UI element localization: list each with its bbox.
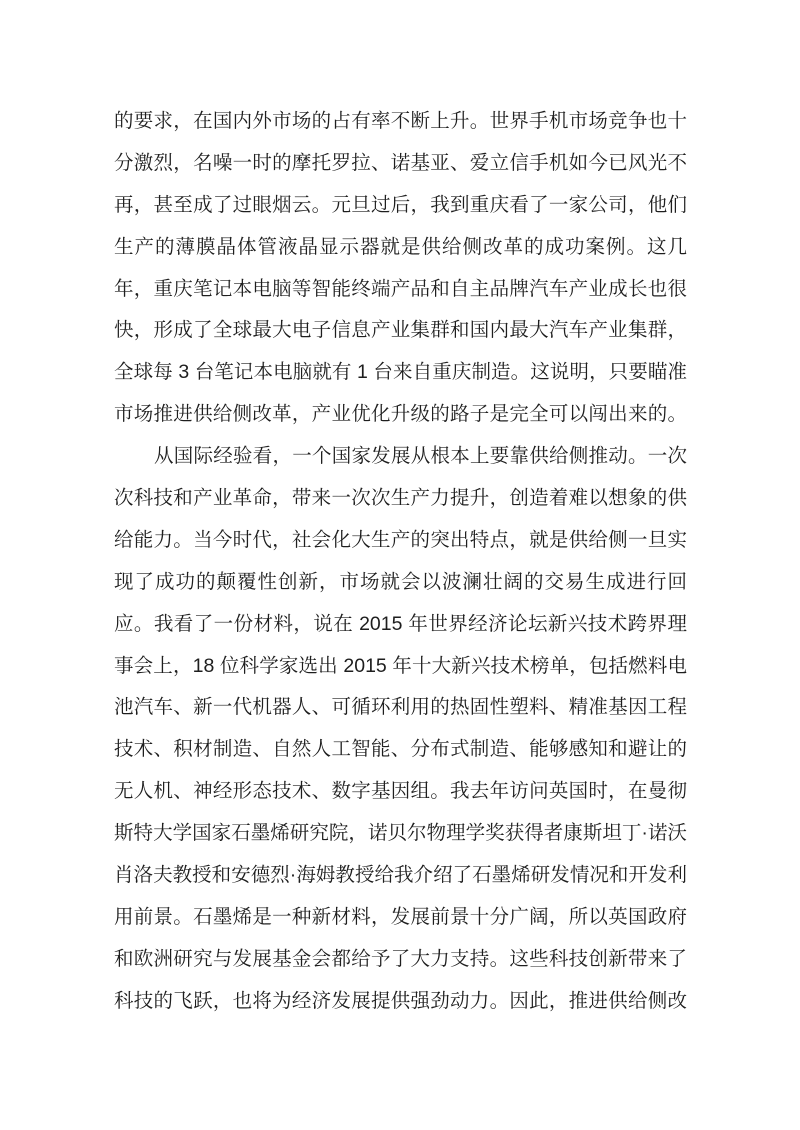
text-line: 和欧洲研究与发展基金会都给予了大力支持。这些科技创新带来了 (114, 939, 687, 981)
text-line: 技术、积材制造、自然人工智能、分布式制造、能够感知和避让的 (114, 729, 687, 771)
document-page: 的要求，在国内外市场的占有率不断上升。世界手机市场竞争也十 分激烈，名噪一时的摩… (0, 0, 800, 1130)
text-line: 用前景。石墨烯是一种新材料，发展前景十分广阔，所以英国政府 (114, 897, 687, 939)
text-line: 市场推进供给侧改革，产业优化升级的路子是完全可以闯出来的。 (114, 394, 687, 436)
text-line: 的要求，在国内外市场的占有率不断上升。世界手机市场竞争也十 (114, 101, 687, 143)
text-line: 事会上，18 位科学家选出 2015 年十大新兴技术榜单，包括燃料电 (114, 646, 687, 688)
text-line: 次科技和产业革命，带来一次次生产力提升，创造着难以想象的供 (114, 478, 687, 520)
text-line: 年，重庆笔记本电脑等智能终端产品和自主品牌汽车产业成长也很 (114, 269, 687, 311)
text-line: 全球每 3 台笔记本电脑就有 1 台来自重庆制造。这说明，只要瞄准 (114, 352, 687, 394)
text-line: 应。我看了一份材料，说在 2015 年世界经济论坛新兴技术跨界理 (114, 604, 687, 646)
text-line: 科技的飞跃，也将为经济发展提供强劲动力。因此，推进供给侧改 (114, 981, 687, 1023)
paragraph-1: 的要求，在国内外市场的占有率不断上升。世界手机市场竞争也十 分激烈，名噪一时的摩… (114, 101, 687, 436)
text-line: 肖洛夫教授和安德烈·海姆教授给我介绍了石墨烯研发情况和开发利 (114, 855, 687, 897)
text-line: 从国际经验看，一个国家发展从根本上要靠供给侧推动。一次 (114, 436, 687, 478)
text-line: 现了成功的颠覆性创新，市场就会以波澜壮阔的交易生成进行回 (114, 562, 687, 604)
document-body: 的要求，在国内外市场的占有率不断上升。世界手机市场竞争也十 分激烈，名噪一时的摩… (114, 101, 687, 1023)
text-line: 斯特大学国家石墨烯研究院，诺贝尔物理学奖获得者康斯坦丁·诺沃 (114, 813, 687, 855)
paragraph-2: 从国际经验看，一个国家发展从根本上要靠供给侧推动。一次 次科技和产业革命，带来一… (114, 436, 687, 1022)
text-line: 分激烈，名噪一时的摩托罗拉、诺基亚、爱立信手机如今已风光不 (114, 143, 687, 185)
text-line: 再，甚至成了过眼烟云。元旦过后，我到重庆看了一家公司，他们 (114, 185, 687, 227)
text-line: 无人机、神经形态技术、数字基因组。我去年访问英国时，在曼彻 (114, 771, 687, 813)
text-line: 生产的薄膜晶体管液晶显示器就是供给侧改革的成功案例。这几 (114, 227, 687, 269)
text-line: 给能力。当今时代，社会化大生产的突出特点，就是供给侧一旦实 (114, 520, 687, 562)
text-line: 池汽车、新一代机器人、可循环利用的热固性塑料、精准基因工程 (114, 687, 687, 729)
text-line: 快，形成了全球最大电子信息产业集群和国内最大汽车产业集群， (114, 310, 687, 352)
